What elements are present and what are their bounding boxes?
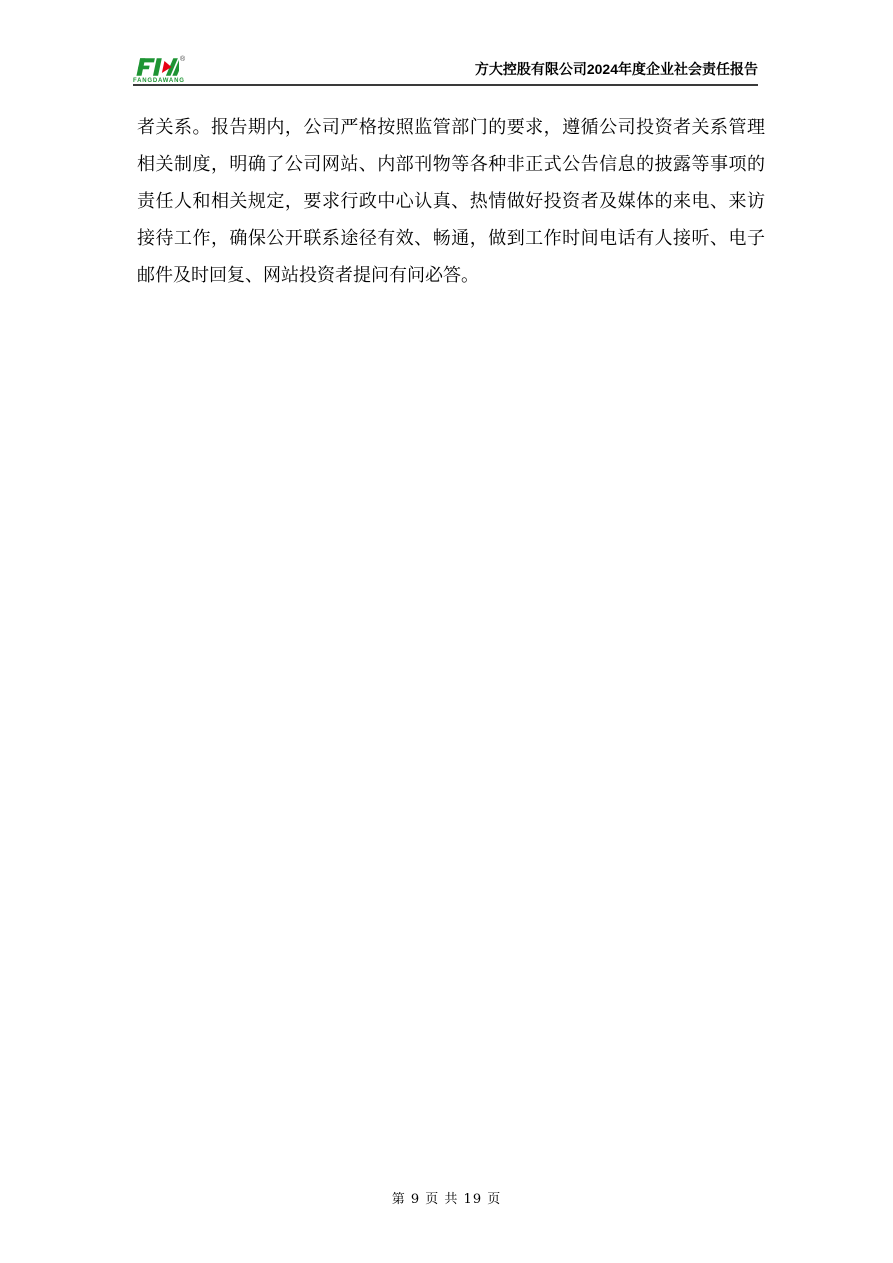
page-header: ® FANGDAWANG 方大控股有限公司2024年度企业社会责任报告 (133, 44, 758, 84)
page-number: 第 9 页 共 19 页 (392, 1192, 501, 1207)
logo-mark-row: ® (133, 57, 185, 77)
header-divider (133, 84, 758, 86)
report-header-title: 方大控股有限公司2024年度企业社会责任报告 (475, 59, 758, 84)
document-page: ® FANGDAWANG 方大控股有限公司2024年度企业社会责任报告 者关系。… (0, 0, 893, 1263)
registered-trademark: ® (180, 56, 185, 63)
page-footer: 第 9 页 共 19 页 (0, 1188, 893, 1207)
fdw-logo-icon (133, 57, 179, 77)
body-paragraph: 者关系。报告期内，公司严格按照监管部门的要求，遵循公司投资者关系管理相关制度，明… (137, 109, 765, 294)
company-logo: ® FANGDAWANG (133, 57, 185, 84)
